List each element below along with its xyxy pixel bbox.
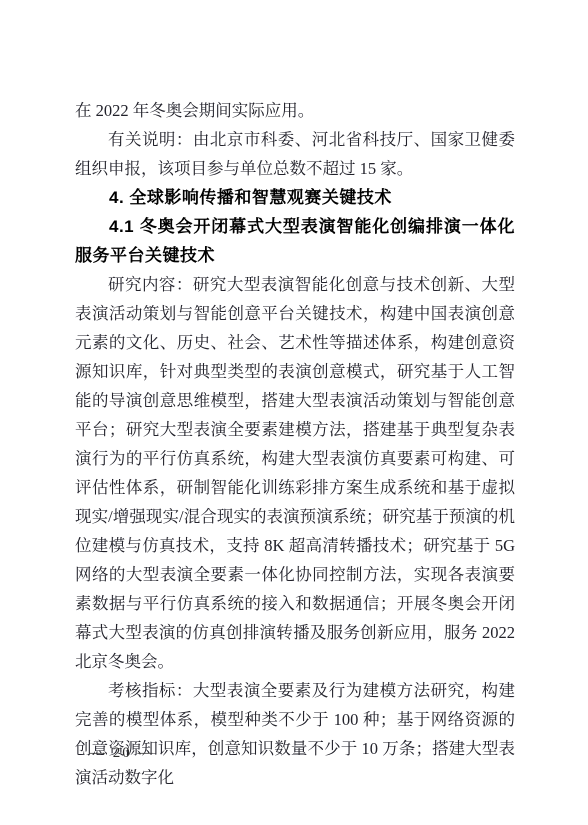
body-paragraph: 有关说明：由北京市科委、河北省科技厅、国家卫健委组织申报，该项目参与单位总数不超…	[75, 125, 515, 183]
document-page: 在 2022 年冬奥会期间实际应用。有关说明：由北京市科委、河北省科技厅、国家卫…	[0, 0, 588, 825]
page-number: — 20 —	[90, 745, 155, 762]
section-heading: 4. 全球影响传播和智慧观赛关键技术	[75, 183, 515, 212]
section-heading: 4.1 冬奥会开闭幕式大型表演智能化创编排演一体化服务平台关键技术	[75, 212, 515, 270]
body-paragraph: 在 2022 年冬奥会期间实际应用。	[75, 96, 515, 125]
body-paragraph: 考核指标：大型表演全要素及行为建模方法研究，构建完善的模型体系，模型种类不少于 …	[75, 676, 515, 792]
body-paragraph: 研究内容：研究大型表演智能化创意与技术创新、大型表演活动策划与智能创意平台关键技…	[75, 270, 515, 676]
document-body: 在 2022 年冬奥会期间实际应用。有关说明：由北京市科委、河北省科技厅、国家卫…	[75, 96, 515, 792]
